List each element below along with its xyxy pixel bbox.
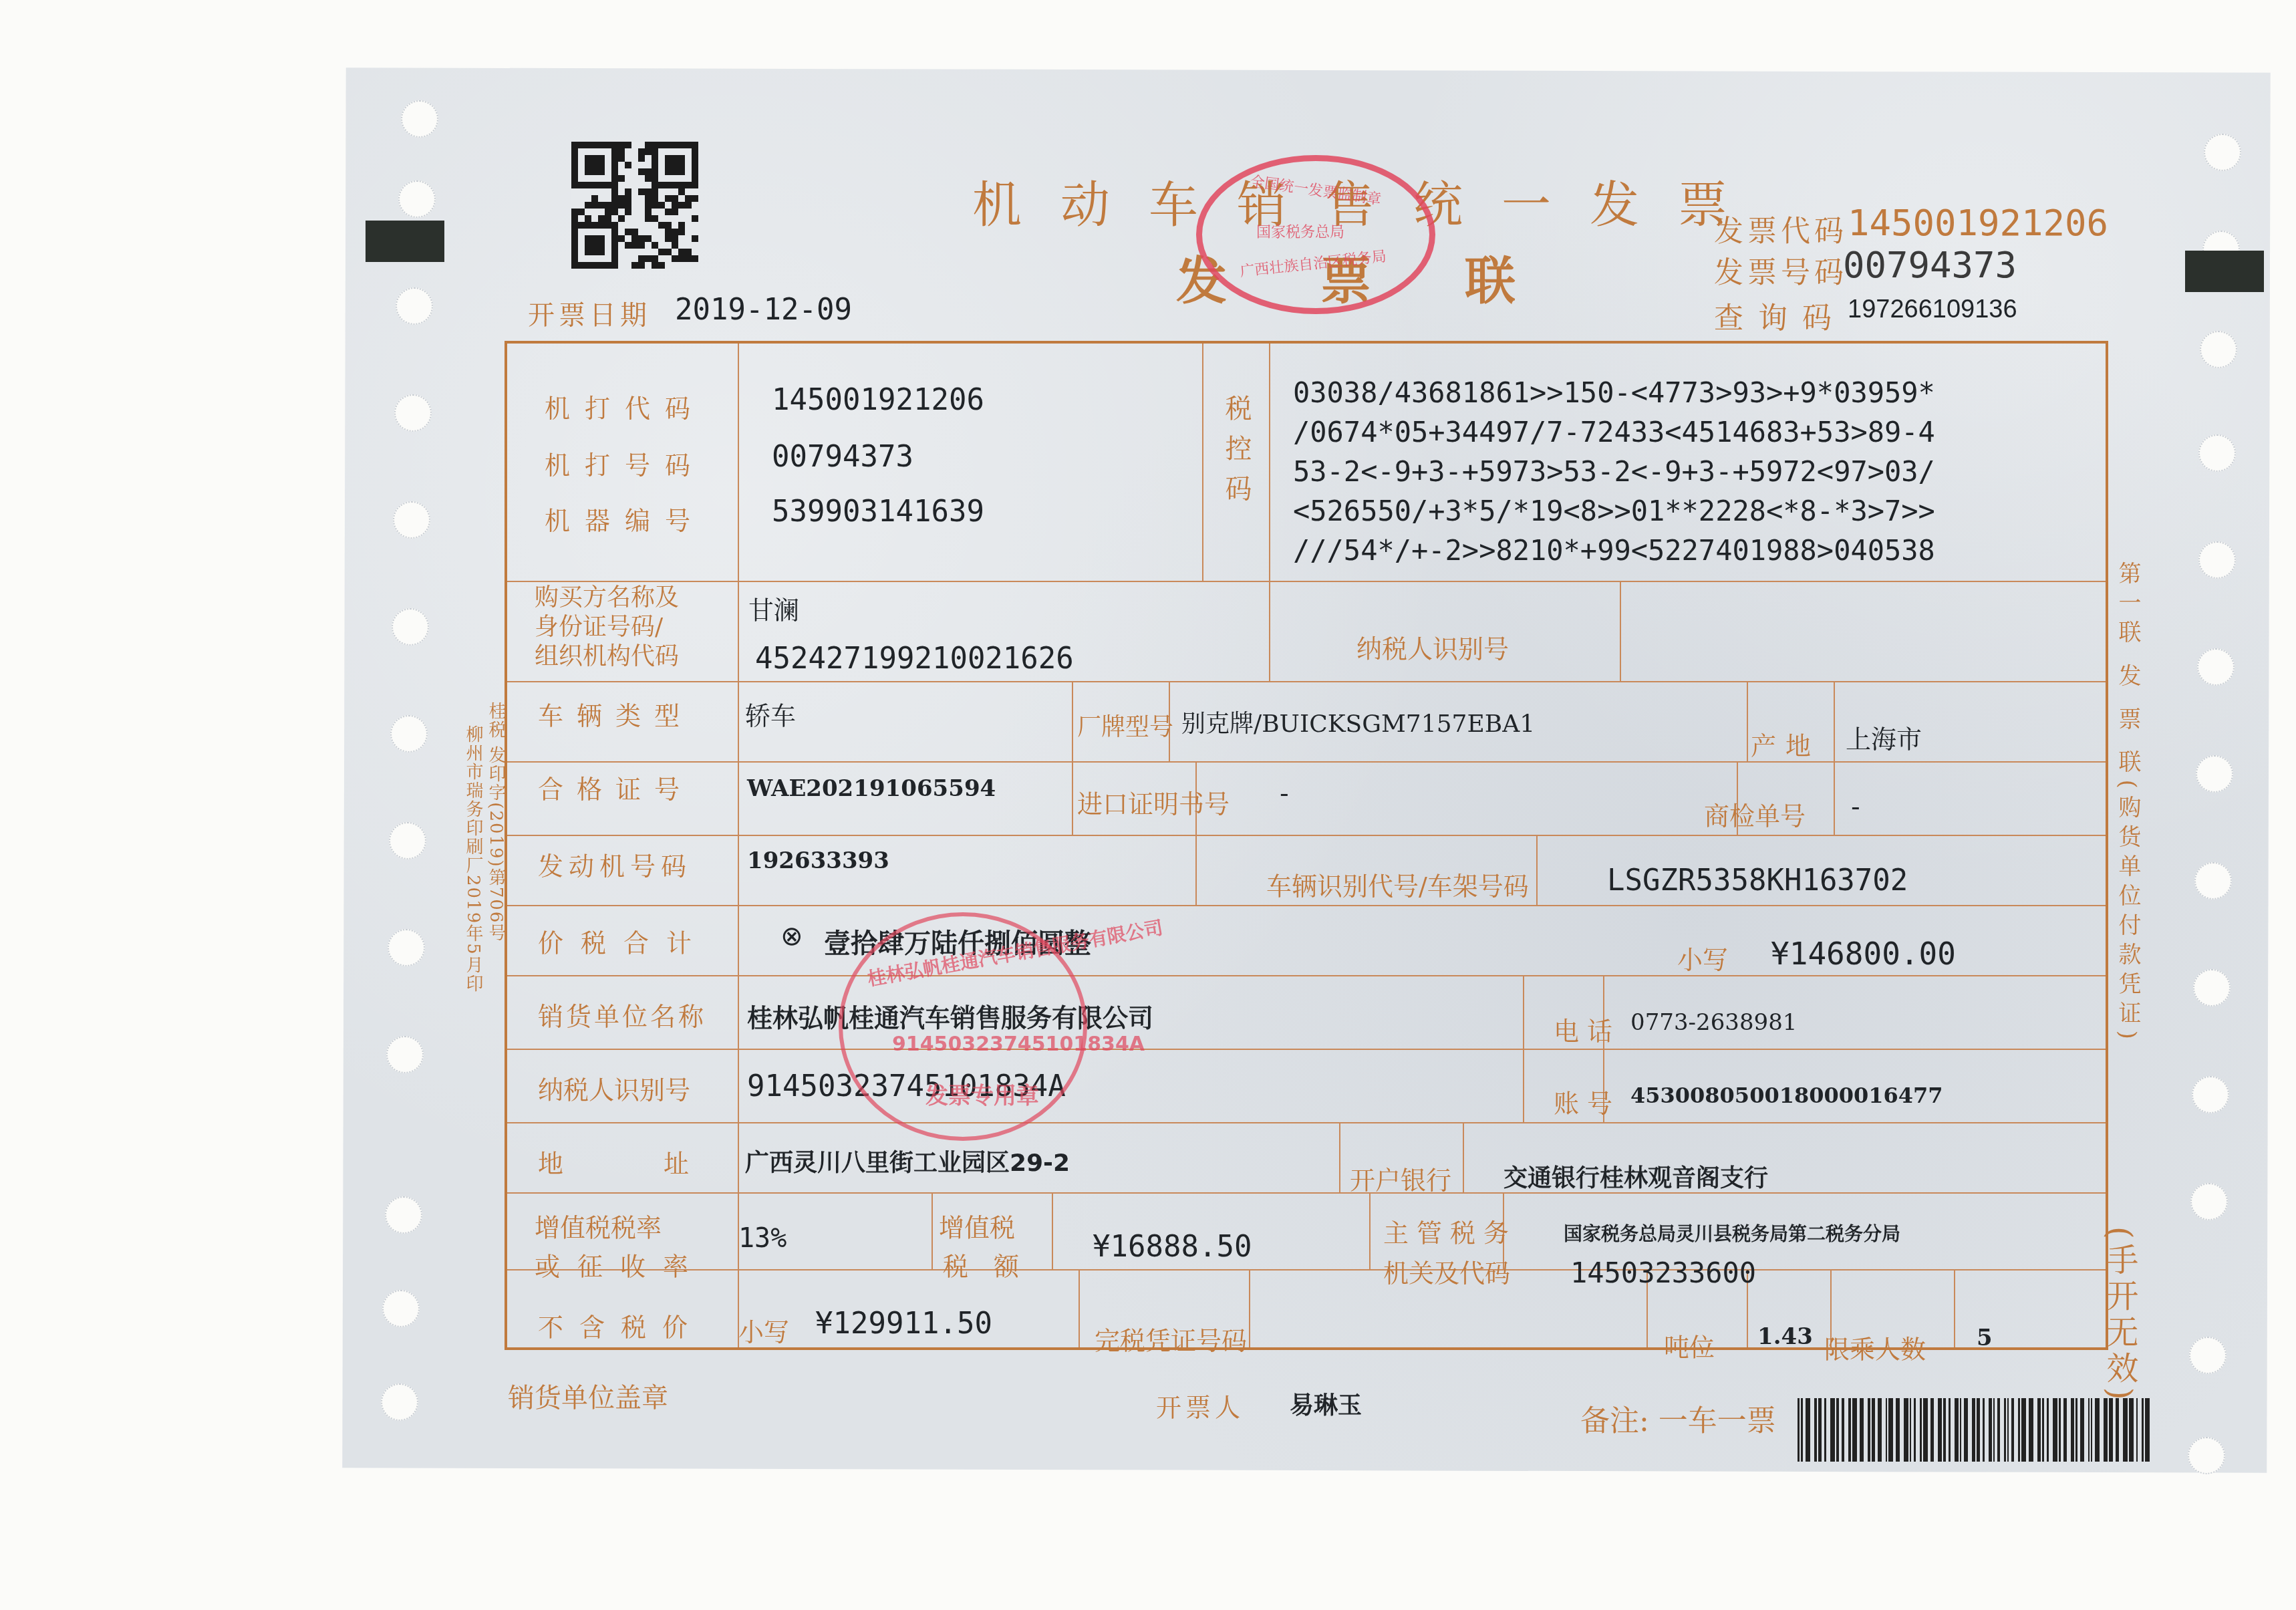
tax-control-line: <526550/+3*5/*19<8>>01**2228<*8-*3>7>> [1293,491,1935,531]
perforation-hole [2198,541,2236,579]
engine-label: 发动机号码 [538,845,692,882]
query-code-label: 查询码 [1714,294,1846,337]
seller-address: 广西灵川八里街工业园区29-2 [745,1144,1070,1178]
buyer-label: 购买方名称及 身份证号码/ 组织机构代码 [535,583,679,672]
pre-tax-price: ¥129911.50 [815,1307,992,1341]
pre-tax-small-label: 小写 [738,1311,789,1348]
tonnage: 1.43 [1757,1323,1813,1350]
perforation-hole [389,822,426,859]
passengers-label: 限乘人数 [1824,1329,1926,1365]
perforation-hole [396,287,433,325]
sync-black-mark [2185,251,2264,292]
seller-taxpayer-id-label: 纳税人识别号 [538,1069,690,1106]
perforation-hole [392,608,429,646]
tax-authority-code: 14503233600 [1570,1256,1756,1289]
tax-paid-cert-label: 完税凭证号码 [1095,1320,1247,1357]
perforation-hole [401,100,438,138]
tax-control-line: ///54*/+-2>>8210*+99<5227401988>040538 [1293,531,1935,570]
import-cert-label: 进口证明书号 [1077,783,1230,820]
perforation-hole [386,1036,424,1073]
vin-label: 车辆识别代号/车架号码 [1266,865,1529,902]
certificate-number: WAE202191065594 [747,775,996,802]
qr-code [571,142,698,269]
perforation-hole [398,180,436,218]
engine-number: 192633393 [747,847,889,874]
buyer-taxpayer-id-label: 纳税人识别号 [1356,628,1509,665]
seller-name-label: 销货单位名称 [538,996,706,1033]
tax-amount: ¥16888.50 [1093,1230,1252,1264]
buyer-name: 甘澜 [748,589,799,626]
tonnage-label: 吨位 [1664,1327,1715,1363]
perforation-hole [381,1383,418,1421]
sync-black-mark [366,221,444,262]
seller-phone-label: 电话 [1554,1011,1620,1047]
perforation-hole [2192,1076,2229,1113]
print-permit-note: 桂税 发印字(2019)第706号 [484,702,509,942]
tax-authority: 国家税务总局灵川县税务局第二税务分局 [1564,1220,1900,1246]
perforation-hole [2196,755,2233,793]
perforation-hole [2190,1183,2228,1220]
seller-phone: 0773-2638981 [1630,1009,1797,1036]
perforation-hole [2197,648,2235,686]
tax-control-line: 53-2<-9+3-+5973>53-2<-9+3-+5972<97>03/ [1293,452,1935,491]
invoice-number-label: 发票号码 [1714,249,1848,291]
brand-model: 别克牌/BUICKSGM7157EBA1 [1181,705,1535,739]
seller-seal-bottom: 发票专用章 [925,1077,1039,1110]
seller-account: 453008050018000016477 [1630,1083,1943,1108]
machine-code-label: 机打代码 [545,388,705,424]
origin: 上海市 [1846,718,1922,755]
device-number-label: 机器编号 [545,500,705,537]
issue-date: 2019-12-09 [675,293,852,327]
perforation-hole [2204,134,2241,171]
perforation-hole [2198,434,2236,472]
circled-x-icon: ⊗ [780,921,803,952]
perforation-hole [394,394,432,432]
handwritten-invalid-note: (手开无效) [2097,1226,2143,1403]
seller-account-label: 账号 [1554,1083,1620,1119]
invoice-number: 00794373 [1843,244,2017,286]
machine-number-label: 机打号码 [545,444,705,481]
vehicle-type-label: 车辆类型 [538,695,693,732]
supervision-stamp-mid: 国家税务总局 [1256,221,1344,241]
remark: 备注: 一车一票 [1580,1397,1776,1440]
perforation-hole [2200,331,2237,368]
perforation-hole [2189,1337,2227,1374]
printer-note: 柳州市瑞务印刷厂2019年5月印 [461,725,486,993]
copy-side-note: 第一联 发 票 联(购货单位付款凭证) [2112,561,2144,1046]
import-cert: - [1280,779,1289,808]
brand-model-label: 厂牌型号 [1077,708,1173,743]
perforation-hole [382,1290,420,1327]
tax-rate-label: 增值税税率 或征收率 [535,1208,706,1286]
query-code: 197266109136 [1848,295,2017,324]
invoice-code: 145001921206 [1848,202,2108,244]
tax-control-line: /0674*05+34497/7-72433<4514683+53>89-4 [1293,412,1935,452]
total-lowercase-label: 小写 [1677,939,1728,976]
certificate-label: 合格证号 [538,769,693,805]
perforation-hole [385,1196,422,1234]
perforation-hole [2193,969,2231,1007]
buyer-id-number: 452427199210021626 [755,642,1074,676]
invoice-code-label: 发票代码 [1714,207,1848,250]
pre-tax-label: 不含税价 [538,1307,704,1343]
inspection-label: 商检单号 [1704,795,1806,832]
tax-rate: 13% [738,1223,786,1254]
vin: LSGZR5358KH163702 [1607,863,1908,898]
machine-code: 145001921206 [772,383,984,417]
vehicle-type: 轿车 [745,695,796,732]
passengers: 5 [1977,1325,1993,1351]
seller-bank: 交通银行桂林观音阁支行 [1503,1160,1768,1194]
tax-authority-label: 主管税务 机关及代码 [1383,1213,1517,1293]
perforation-hole [390,715,428,753]
barcode [1798,1398,2152,1462]
machine-number: 00794373 [772,440,913,474]
seller-seal-label: 销货单位盖章 [508,1377,668,1415]
tax-amount-label: 增值税 税额 [939,1208,1044,1286]
tax-control-label: 税控码 [1217,394,1256,515]
tax-control-line: 03038/43681861>>150-<4773>93>+9*03959* [1293,373,1935,412]
total-label: 价税合计 [538,922,709,959]
perforation-hole [2194,862,2232,900]
issuer-name: 易琳玉 [1290,1387,1362,1421]
seller-seal-tax-id: 91450323745101834A [892,1033,1145,1056]
tax-control-code: 03038/43681861>>150-<4773>93>+9*03959*/0… [1293,373,1935,570]
perforation-hole [2188,1437,2225,1474]
perforation-hole [388,929,425,966]
origin-label: 产地 [1751,725,1820,762]
total-lowercase: ¥146800.00 [1771,936,1956,972]
perforation-hole [393,501,430,539]
seller-bank-label: 开户银行 [1350,1160,1451,1196]
device-number: 539903141639 [772,495,984,529]
issuer-label: 开票人 [1156,1387,1244,1424]
inspection-number: - [1851,792,1860,821]
issue-date-label: 开票日期 [528,294,651,332]
